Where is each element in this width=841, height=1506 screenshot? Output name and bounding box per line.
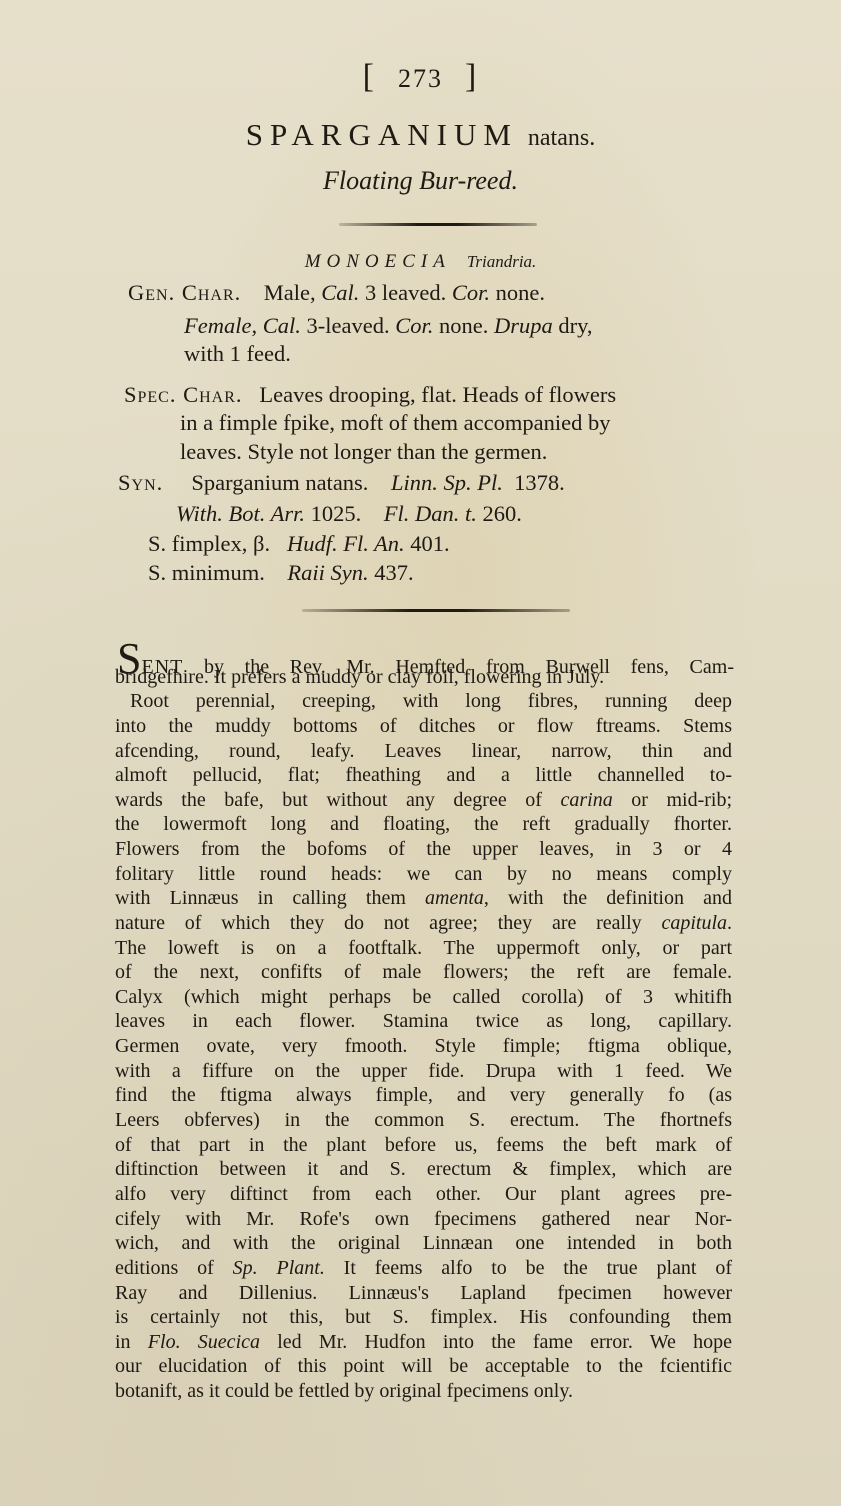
body-line: in Flo. Suecica led Mr. Hudfon into the … [115,1331,732,1354]
text: Linn. Sp. Pl. [391,470,503,495]
text: It feems alfo to be the true plant of [325,1257,732,1279]
divider-rule [302,609,570,612]
text: . [727,912,732,934]
body-line: afcending, round, leafy. Leaves linear, … [115,740,732,763]
body-line: alfo very diftinct from each other. Our … [115,1183,732,1206]
body-line: wards the bafe, but without any degree o… [115,789,732,812]
text: is certainly not this, but S. fimplex. H… [115,1306,732,1328]
linnaean-classification: MONOECIATriandria. [0,251,841,273]
body-line: The loweft is on a footftalk. The upperm… [115,937,732,960]
text: bridgefhire. It prefers a muddy or clay … [115,666,604,688]
body-line: editions of Sp. Plant. It feems alfo to … [115,1257,732,1280]
synonym-label: Syn. [118,470,163,495]
body-line: cifely with Mr. Rofe's own fpecimens gat… [115,1208,732,1231]
text: almoft pellucid, flat; fheathing and a l… [115,764,732,786]
text: in [115,1331,148,1353]
italic-term: capitula [661,912,727,934]
body-line: almoft pellucid, flat; fheathing and a l… [115,764,732,787]
body-line: bridgefhire. It prefers a muddy or clay … [115,666,732,689]
body-line: Flowers from the bofoms of the upper lea… [115,838,732,861]
body-line: find the ftigma always fimple, and very … [115,1084,732,1107]
text: S. minimum. [148,560,265,585]
text: none. [433,313,494,338]
text: editions of [115,1257,233,1279]
text: 1378. [514,470,565,495]
text: none. [490,280,545,305]
body-line: the lowermoft long and floating, the ref… [115,813,732,836]
text: alfo very diftinct from each other. Our … [115,1183,732,1205]
body-line: our elucidation of this point will be ac… [115,1355,732,1378]
spec-char-line-1: Spec. Char. Leaves drooping, flat. Heads… [124,382,616,408]
order-name: Triandria. [467,252,536,271]
text: Fl. Dan. t. [384,501,477,526]
text: cifely with Mr. Rofe's own fpecimens gat… [115,1208,732,1230]
body-line: wich, and with the original Linnæan one … [115,1232,732,1255]
spec-char-label: Spec. Char. [124,382,243,407]
text: Cal. [321,280,359,305]
text: Ray and Dillenius. Linnæus's Lapland fpe… [115,1282,732,1304]
text: 401. [410,531,449,556]
gen-char-line-1: Gen. Char. Male, Cal. 3 leaved. Cor. non… [128,280,545,306]
bracket-close: ] [465,58,478,95]
text: with Linnæus in calling them [115,887,425,909]
text: Calyx (which might perhaps be called cor… [115,986,732,1008]
text: S. fimplex, β. [148,531,270,556]
text: wards the bafe, but without any degree o… [115,789,560,811]
text: with a fiffure on the upper fide. Drupa … [115,1060,732,1082]
text: of the next, confifts of male flowers; t… [115,961,732,983]
spec-char-line-3: leaves. Style not longer than the germen… [180,439,547,465]
italic-term: amenta [425,887,484,909]
text: folitary little round heads: we can by n… [115,863,732,885]
page-number-value: 273 [398,64,443,93]
text: botanift, as it could be fettled by orig… [115,1380,573,1402]
common-name: Floating Bur-reed. [0,166,841,196]
text: find the ftigma always fimple, and very … [115,1084,732,1106]
text: Cor. [395,313,433,338]
body-line: is certainly not this, but S. fimplex. H… [115,1306,732,1329]
text: led Mr. Hudfon into the fame error. We h… [260,1331,732,1353]
text: Raii Syn. [287,560,368,585]
text: Cal. [263,313,301,338]
text: 437. [374,560,413,585]
body-line: Calyx (which might perhaps be called cor… [115,986,732,1009]
body-line: diftinction between it and S. erectum & … [115,1158,732,1181]
body-line: leaves in each flower. Stamina twice as … [115,1010,732,1033]
text: of that part in the plant before us, fee… [115,1134,732,1156]
text: Flowers from the bofoms of the upper lea… [115,838,732,860]
body-line: of that part in the plant before us, fee… [115,1134,732,1157]
italic-term: Flo. Suecica [148,1331,260,1353]
text: Hudf. Fl. An. [287,531,405,556]
text: Female, [184,313,257,338]
text: Male, [264,280,321,305]
italic-term: Sp. Plant. [233,1257,325,1279]
body-line: Root perennial, creeping, with long fibr… [130,690,732,713]
bracket-open: [ [363,58,376,95]
body-line: Germen ovate, very fmooth. Style fimple;… [115,1035,732,1058]
synonym-1: Syn. Sparganium natans. Linn. Sp. Pl. 13… [118,470,565,496]
text: afcending, round, leafy. Leaves linear, … [115,740,732,762]
text: , with the definition and [484,887,732,909]
synonym-2: With. Bot. Arr. 1025. Fl. Dan. t. 260. [176,501,522,527]
text: wich, and with the original Linnæan one … [115,1232,732,1254]
body-line: folitary little round heads: we can by n… [115,863,732,886]
text: leaves in each flower. Stamina twice as … [115,1010,732,1032]
body-line: into the muddy bottoms of ditches or flo… [115,715,732,738]
text: With. Bot. Arr. [176,501,305,526]
spec-char-line-2: in a fimple fpike, moft of them accompan… [180,410,611,436]
gen-char-label: Gen. Char. [128,280,241,305]
italic-term: carina [560,789,612,811]
body-line: Ray and Dillenius. Linnæus's Lapland fpe… [115,1282,732,1305]
text: Sparganium natans. [191,470,368,495]
text: diftinction between it and S. erectum & … [115,1158,732,1180]
class-name: MONOECIA [305,251,451,272]
text: Drupa [494,313,553,338]
book-page: [273] SPARGANIUMnatans. Floating Bur-ree… [0,0,841,1506]
text: The loweft is on a footftalk. The upperm… [115,937,732,959]
divider-rule [339,223,537,226]
body-line: of the next, confifts of male flowers; t… [115,961,732,984]
text: into the muddy bottoms of ditches or flo… [115,715,732,737]
page-number: [273] [0,58,841,96]
text: 3 leaved. [359,280,451,305]
text: nature of which they do not agree; they … [115,912,661,934]
text: our elucidation of this point will be ac… [115,1355,732,1377]
text: Leers obferves) in the common S. erectum… [115,1109,732,1131]
text: 1025. [311,501,362,526]
text: Germen ovate, very fmooth. Style fimple;… [115,1035,732,1057]
text: the lowermoft long and floating, the ref… [115,813,732,835]
synonym-4: S. minimum. Raii Syn. 437. [148,560,414,586]
body-line: with Linnæus in calling them amenta, wit… [115,887,732,910]
text: 260. [482,501,521,526]
genus-name: SPARGANIUM [246,117,518,152]
text: dry, [553,313,593,338]
text: Root perennial, creeping, with long fibr… [130,690,732,712]
body-line: with a fiffure on the upper fide. Drupa … [115,1060,732,1083]
gen-char-line-2: Female, Cal. 3-leaved. Cor. none. Drupa … [184,313,593,339]
body-line: botanift, as it could be fettled by orig… [115,1380,732,1403]
text: 3-leaved. [301,313,395,338]
body-line: Leers obferves) in the common S. erectum… [115,1109,732,1132]
synonym-3: S. fimplex, β. Hudf. Fl. An. 401. [148,531,450,557]
text: Leaves drooping, flat. Heads of flowers [259,382,616,407]
body-line: nature of which they do not agree; they … [115,912,732,935]
text: or mid-rib; [613,789,732,811]
gen-char-line-3: with 1 feed. [184,341,291,367]
species-title: SPARGANIUMnatans. [0,117,841,153]
text: Cor. [452,280,490,305]
species-epithet: natans. [528,125,595,151]
